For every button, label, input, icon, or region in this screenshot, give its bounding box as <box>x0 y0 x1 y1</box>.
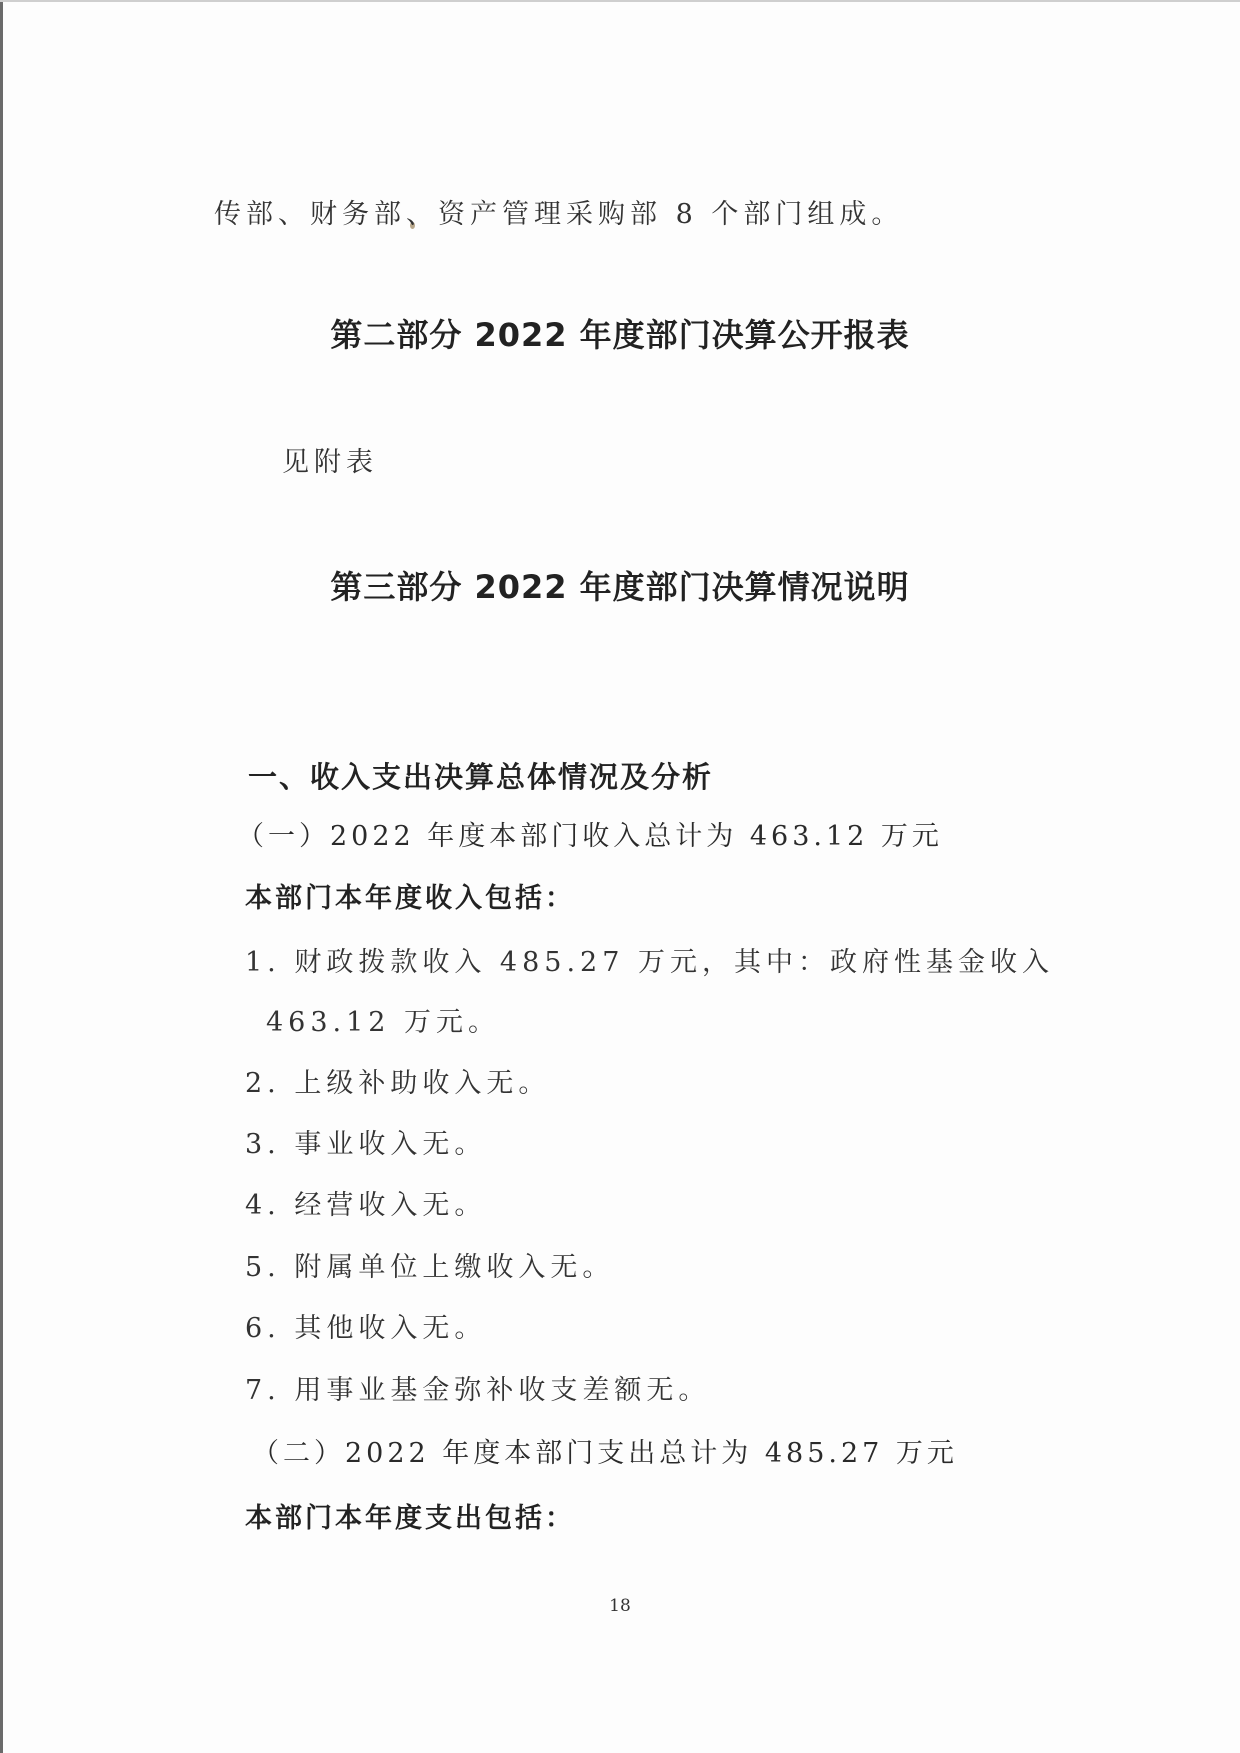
scan-page-edge <box>0 0 3 1753</box>
income-item-4: 4. 经营收入无。 <box>245 1183 486 1222</box>
continuation-paragraph: 传部、财务部、资产管理采购部 8 个部门组成。 <box>214 192 903 231</box>
income-item-1: 1. 财政拨款收入 485.27 万元，其中：政府性基金收入 <box>245 940 1054 979</box>
income-item-7: 7. 用事业基金弥补收支差额无。 <box>245 1368 710 1407</box>
income-total-subheading: （一）2022 年度本部门收入总计为 463.12 万元 <box>237 814 943 853</box>
income-lead: 本部门本年度收入包括： <box>245 876 575 915</box>
income-item-1-continuation: 463.12 万元。 <box>266 1000 500 1039</box>
income-item-2: 2. 上级补助收入无。 <box>245 1061 550 1100</box>
section-one-heading: 一、收入支出决算总体情况及分析 <box>248 755 713 796</box>
part-two-heading: 第二部分 2022 年度部门决算公开报表 <box>0 310 1240 356</box>
income-item-5: 5. 附属单位上缴收入无。 <box>245 1245 614 1284</box>
page-number: 18 <box>0 1596 1240 1616</box>
part-two-body: 见附表 <box>282 440 378 479</box>
expenditure-total-subheading: （二）2022 年度本部门支出总计为 485.27 万元 <box>252 1431 958 1470</box>
part-three-heading: 第三部分 2022 年度部门决算情况说明 <box>0 562 1240 608</box>
income-item-6: 6. 其他收入无。 <box>245 1306 486 1345</box>
income-item-3: 3. 事业收入无。 <box>245 1122 486 1161</box>
scan-page-edge-top <box>0 0 1240 2</box>
expenditure-lead: 本部门本年度支出包括： <box>245 1496 575 1535</box>
